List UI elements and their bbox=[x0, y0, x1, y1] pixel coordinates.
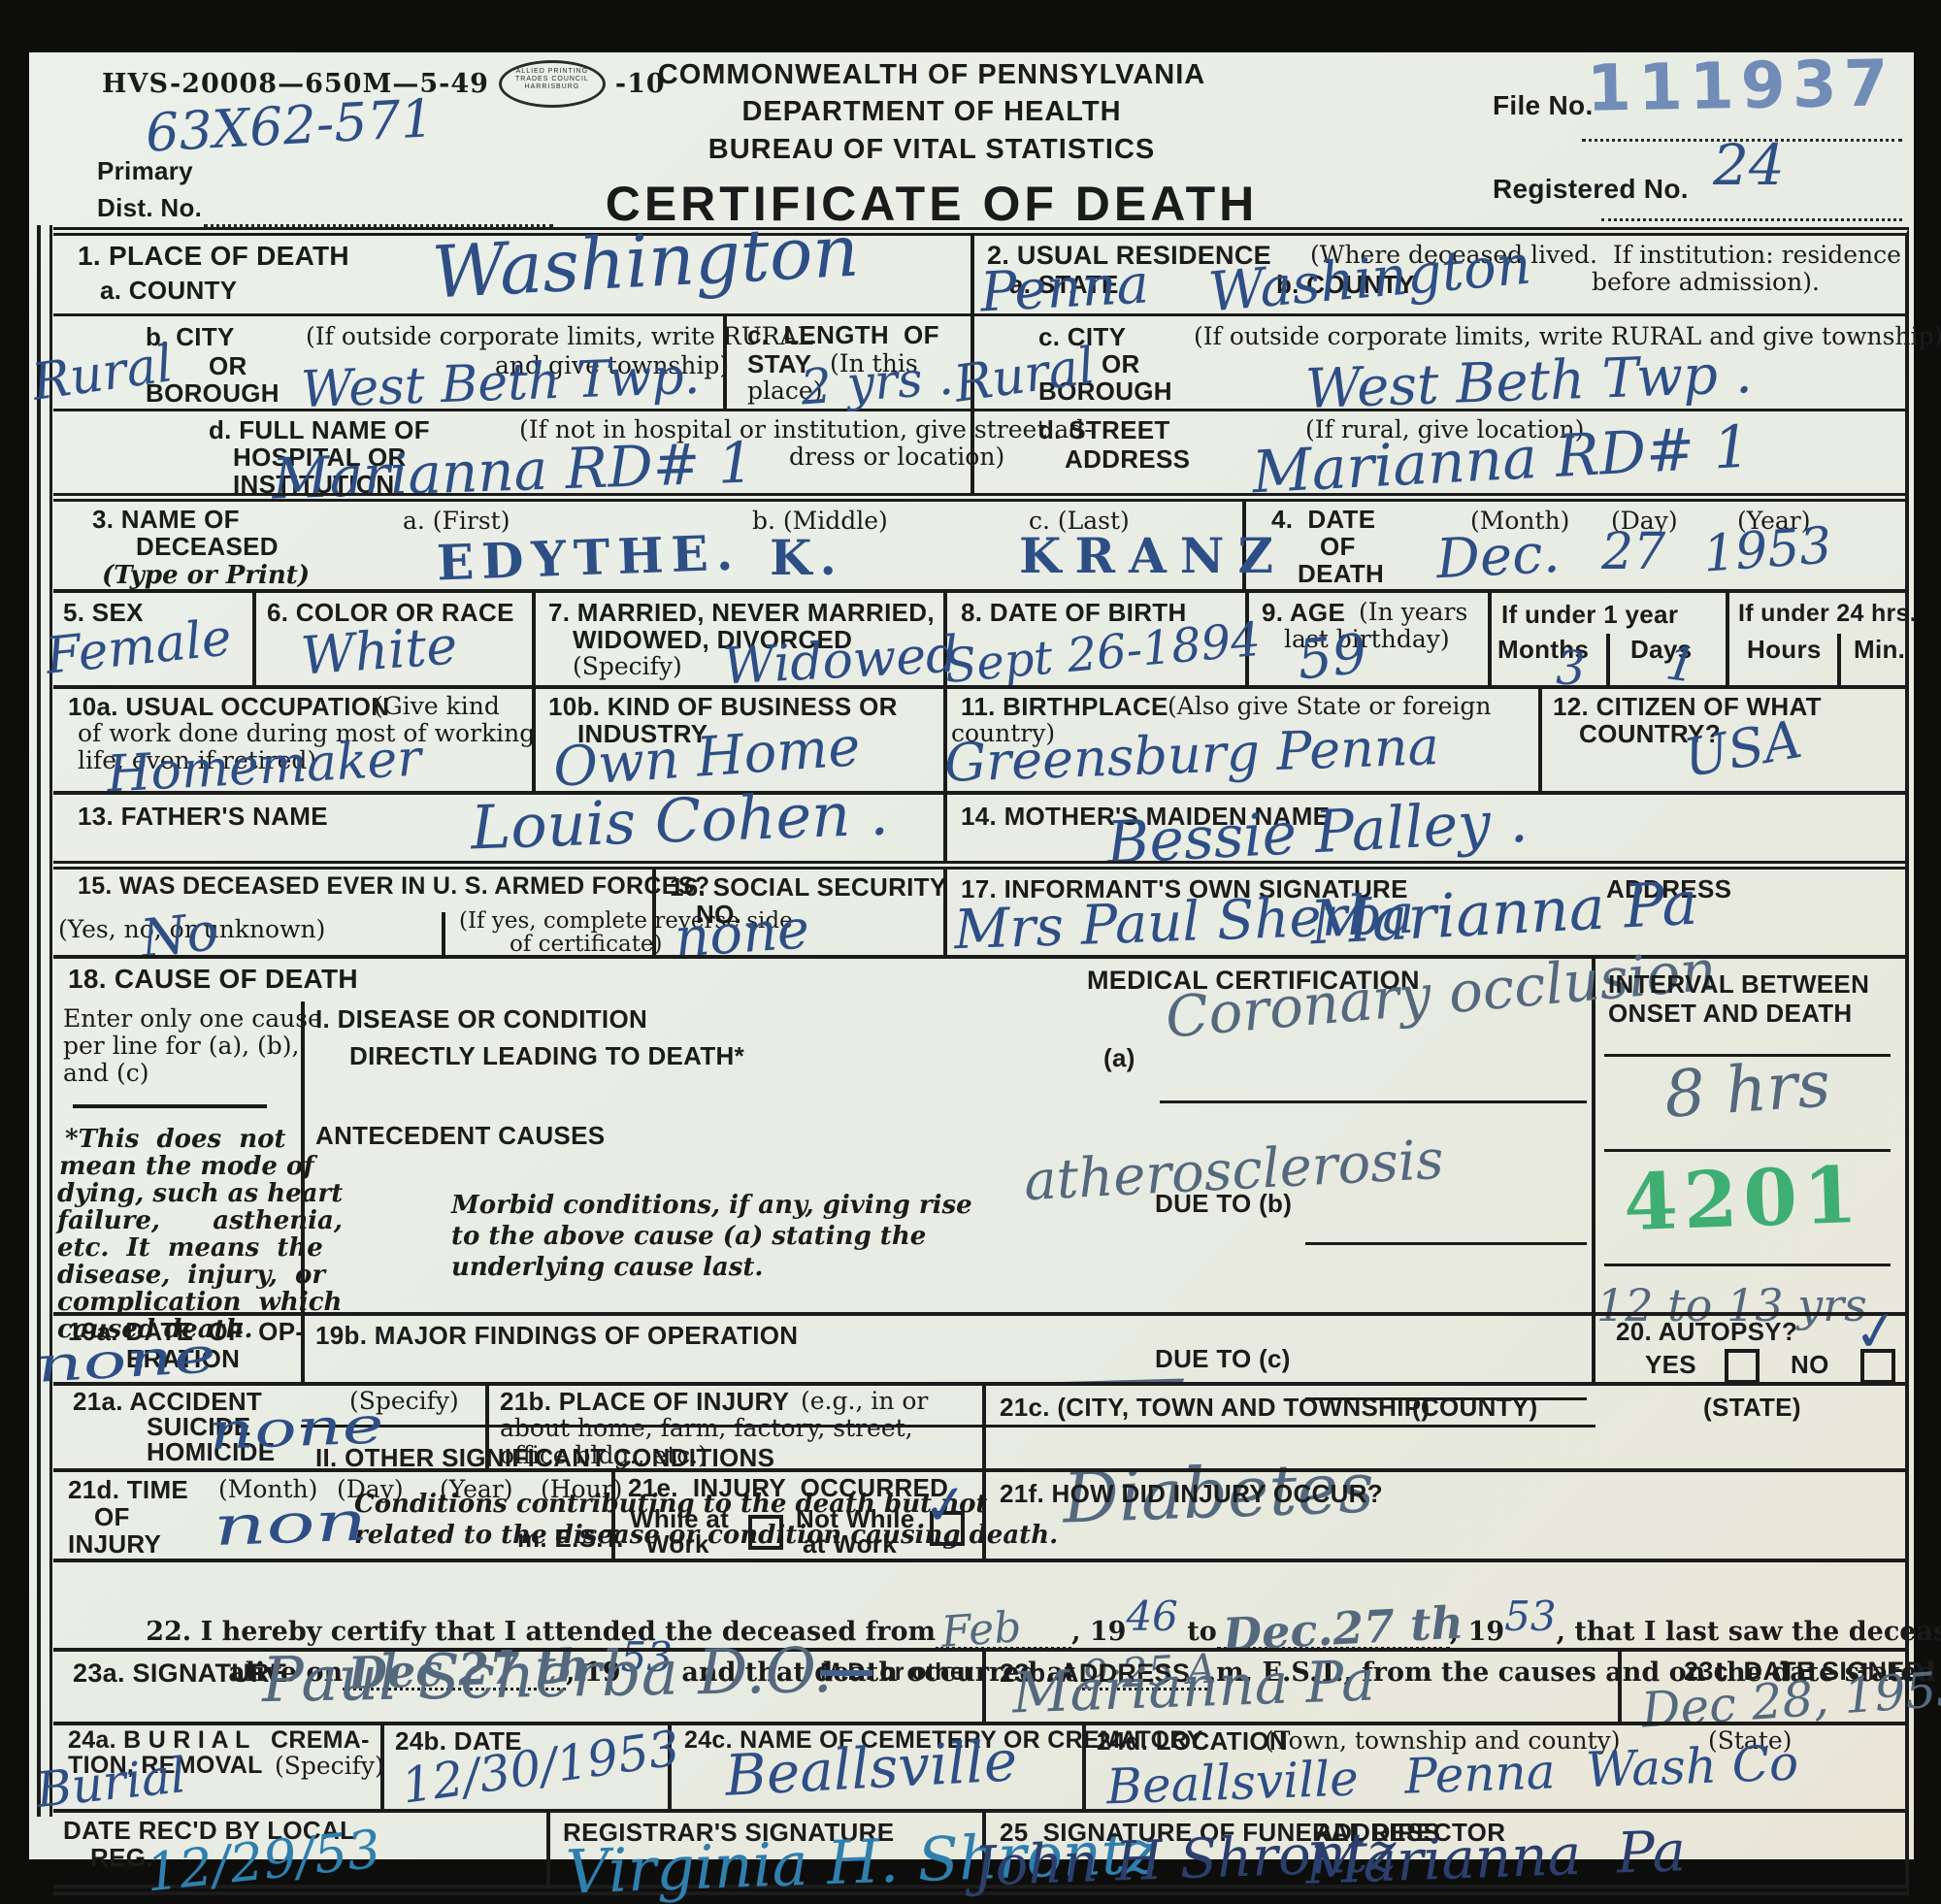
section-armed-forces-ssn-informant: 15. WAS DECEASED EVER IN U. S. ARMED FOR… bbox=[53, 861, 1905, 955]
not-while-at-work-label-2: at Work bbox=[803, 1530, 897, 1559]
section-registrar-funeral-director: DATE REC'D BY LOCAL REG. 12/29/53 REGIST… bbox=[53, 1809, 1905, 1885]
section-time-of-injury: 21d. TIME OF INJURY (Month) (Day) (Year)… bbox=[53, 1468, 1905, 1559]
enter-note-2: per line for (a), (b), bbox=[63, 1033, 300, 1061]
place-of-injury-note-2: office bldg., etc.) bbox=[500, 1442, 707, 1470]
registered-no-value: 24 bbox=[1713, 132, 1785, 198]
hospital-note-2: dress or location) bbox=[789, 443, 1004, 472]
occupation-label: 10a. USUAL OCCUPATION bbox=[68, 693, 389, 721]
section-place-of-death-and-residence: 1. PLACE OF DEATH a. COUNTY Washington b… bbox=[53, 236, 1905, 493]
signature-label: 23a. SIGNATURE bbox=[73, 1659, 287, 1689]
time-of-injury-label-1: 21d. TIME bbox=[68, 1476, 188, 1504]
place-of-injury-note-a: (e.g., in or bbox=[801, 1388, 928, 1416]
registered-no-label: Registered No. bbox=[1493, 175, 1689, 205]
name-title-2: DECEASED bbox=[136, 533, 279, 561]
autopsy-label: 20. AUTOPSY? bbox=[1616, 1318, 1797, 1346]
date-of-death-label-3: DEATH bbox=[1298, 560, 1384, 588]
injury-city-label: 21c. (CITY, TOWN AND TOWNSHIP) bbox=[1000, 1394, 1430, 1422]
injury-occurred-label: 21e. INJURY OCCURRED bbox=[628, 1474, 948, 1502]
date-of-death-label-1: 4. DATE bbox=[1271, 506, 1375, 534]
residence-state-value: Penna bbox=[978, 252, 1150, 324]
occupation-note-a: (Give kind bbox=[374, 693, 500, 721]
city-borough-label-2: OR bbox=[209, 352, 247, 380]
usual-residence-note-2: before admission). bbox=[1592, 269, 1820, 297]
time-of-injury-value: non bbox=[211, 1491, 370, 1559]
morbid-note-1: Morbid conditions, if any, giving rise bbox=[451, 1190, 972, 1222]
name-title-3: (Type or Print) bbox=[102, 560, 310, 592]
enter-note-1: Enter only one cause bbox=[63, 1005, 322, 1034]
dist-no-label: Dist. No. bbox=[97, 194, 202, 222]
street-address-label-2: ADDRESS bbox=[1065, 445, 1190, 474]
last-name-value: KRANZ bbox=[1019, 527, 1287, 584]
section-name-and-date-of-death: 3. NAME OF DECEASED (Type or Print) a. (… bbox=[53, 493, 1905, 589]
age-value: 59 bbox=[1295, 622, 1370, 692]
injury-state-label: (STATE) bbox=[1703, 1394, 1801, 1422]
injury-year-label: (Year) bbox=[440, 1476, 513, 1504]
section-sex-race-marital-birth-age: 5. SEX Female 6. COLOR OR RACE White 7. … bbox=[53, 589, 1905, 685]
ssn-label-1: 16. SOCIAL SECURITY bbox=[670, 873, 947, 902]
morbid-note-2: to the above cause (a) stating the bbox=[451, 1221, 926, 1253]
first-name-value: EDYTHE. bbox=[436, 524, 741, 592]
funeral-director-address-value: Marianna Pa bbox=[1304, 1818, 1687, 1897]
stamp-4201: 4201 bbox=[1622, 1149, 1864, 1249]
street-address-label-1: d. STREET bbox=[1038, 416, 1170, 444]
place-of-injury-note-1: about home, farm, factory, street, bbox=[500, 1415, 913, 1443]
birthplace-label: 11. BIRTHPLACE bbox=[961, 693, 1168, 721]
file-no-stamp: 111937 bbox=[1586, 46, 1895, 126]
certificate-sheet: HVS-20008—650M—5-49 ALLIED PRINTING TRAD… bbox=[29, 52, 1914, 1859]
section-certify-statement: 22. I hereby certify that I attended the… bbox=[53, 1559, 1905, 1648]
md-label: M.D. bbox=[820, 1658, 872, 1686]
physician-address-value: Marianna Pa bbox=[1011, 1648, 1376, 1726]
armed-forces-note-3: of certificate) bbox=[510, 932, 663, 957]
burial-value: Burial bbox=[33, 1747, 188, 1819]
place-of-death-title: 1. PLACE OF DEATH bbox=[78, 242, 349, 272]
date-of-death-label-2: OF bbox=[1320, 533, 1356, 561]
hours-label: Hours bbox=[1747, 636, 1822, 664]
residence-city-note: (If outside corporate limits, write RURA… bbox=[1194, 323, 1941, 351]
birthplace-note-a: (Also give State or foreign bbox=[1168, 693, 1491, 721]
marital-note: (Specify) bbox=[573, 653, 682, 681]
autopsy-no-checkmark: ✓ bbox=[1850, 1297, 1904, 1366]
autopsy-yes-checkbox bbox=[1725, 1349, 1760, 1384]
fathers-name-label: 13. FATHER'S NAME bbox=[78, 803, 328, 831]
marital-label-1: 7. MARRIED, NEVER MARRIED, bbox=[548, 599, 935, 627]
section-parents-names: 13. FATHER'S NAME Louis Cohen . 14. MOTH… bbox=[53, 791, 1905, 861]
time-of-injury-label-3: INJURY bbox=[68, 1530, 161, 1559]
injury-est-label: m. E.S.T. bbox=[517, 1525, 624, 1553]
md-rest-label: or other bbox=[872, 1658, 973, 1686]
how-did-injury-occur-label: 21f. HOW DID INJURY OCCUR? bbox=[1000, 1480, 1383, 1508]
death-year-value: 1953 bbox=[1701, 516, 1833, 583]
under-1-year-label: If under 1 year bbox=[1501, 601, 1678, 629]
interval-label-1: INTERVAL BETWEEN bbox=[1608, 970, 1869, 999]
interval-label-2: ONSET AND DEATH bbox=[1608, 1000, 1853, 1028]
middle-name-value: K. bbox=[770, 529, 844, 586]
city-note-1: (If outside corporate limits, write RURA… bbox=[306, 323, 813, 351]
accident-value: none bbox=[207, 1396, 386, 1461]
burial-label-1: 24a. B U R I A L CREMA- bbox=[68, 1727, 370, 1755]
length-of-stay-value: 2 yrs . bbox=[799, 349, 955, 416]
death-month-value: Dec. bbox=[1434, 522, 1561, 592]
burial-note: (Specify) bbox=[275, 1753, 384, 1781]
age-note-1: (In years bbox=[1359, 599, 1467, 627]
morbid-note-3: underlying cause last. bbox=[451, 1252, 763, 1284]
color-race-value: White bbox=[299, 614, 459, 686]
physician-signature-value: Paul Scherba D.O. bbox=[261, 1635, 833, 1717]
time-of-injury-label-2: OF bbox=[94, 1503, 130, 1531]
name-title-1: 3. NAME OF bbox=[92, 506, 240, 534]
disease-condition-label-1: I. DISEASE OR CONDITION bbox=[315, 1005, 647, 1034]
section-cause-of-death: 18. CAUSE OF DEATH MEDICAL CERTIFICATION… bbox=[53, 955, 1905, 1312]
certificate-form: 1. PLACE OF DEATH a. COUNTY Washington b… bbox=[53, 227, 1909, 1895]
length-of-stay-label-1: c. LENGTH OF bbox=[747, 321, 939, 349]
min-label: Min. bbox=[1854, 636, 1905, 664]
place-of-injury-label: 21b. PLACE OF INJURY bbox=[500, 1388, 789, 1416]
org-line-1: COMMONWEALTH OF PENNSYLVANIA bbox=[573, 56, 1291, 93]
injury-hour-label: (Hour) bbox=[541, 1476, 622, 1504]
not-while-at-work-checkmark: ✓ bbox=[920, 1472, 971, 1540]
autopsy-no-label: NO bbox=[1791, 1351, 1829, 1379]
registered-no-line bbox=[1601, 217, 1902, 221]
section-accident-place-of-injury: 21a. ACCIDENT SUICIDE HOMICIDE (Specify)… bbox=[53, 1382, 1905, 1468]
org-line-3: BUREAU OF VITAL STATISTICS bbox=[573, 131, 1291, 168]
section-physician-signature: 23a. SIGNATURE Paul Scherba D.O. M.D. or… bbox=[53, 1648, 1905, 1722]
enter-note-3: and (c) bbox=[63, 1060, 148, 1088]
county-label: a. COUNTY bbox=[100, 277, 237, 305]
org-line-2: DEPARTMENT OF HEALTH bbox=[573, 93, 1291, 130]
major-findings-label: 19b. MAJOR FINDINGS OF OPERATION bbox=[315, 1322, 798, 1350]
section-burial: 24a. B U R I A L CREMA- TION, REMOVAL (S… bbox=[53, 1722, 1905, 1809]
file-no-label: File No. bbox=[1493, 91, 1594, 121]
fathers-name-value: Louis Cohen . bbox=[470, 778, 890, 864]
death-day-value: 27 bbox=[1601, 523, 1665, 581]
section-operation-autopsy: 19a. DATE OF OP- ERATION none 19b. MAJOR… bbox=[53, 1312, 1905, 1382]
cause-of-death-title: 18. CAUSE OF DEATH bbox=[68, 965, 358, 995]
burial-location-label: 24d. LOCATION bbox=[1097, 1727, 1288, 1756]
hospital-label-1: d. FULL NAME OF bbox=[209, 416, 430, 444]
age-label: 9. AGE bbox=[1262, 599, 1345, 627]
injury-county-label: (COUNTY) bbox=[1412, 1394, 1538, 1422]
under-24-hrs-label: If under 24 hrs. bbox=[1738, 601, 1917, 628]
cemetery-value: Beallsville bbox=[723, 1727, 1018, 1809]
cause-b-value: atherosclerosis bbox=[1023, 1129, 1445, 1214]
header-org: COMMONWEALTH OF PENNSYLVANIA DEPARTMENT … bbox=[573, 56, 1291, 232]
interval-a-value: 8 hrs bbox=[1662, 1046, 1833, 1133]
while-at-work-checkbox bbox=[748, 1515, 783, 1550]
md-or-other-label: M.D. or other bbox=[820, 1659, 973, 1687]
residence-city-label-2: OR bbox=[1102, 350, 1140, 378]
antecedent-causes-label: ANTECEDENT CAUSES bbox=[315, 1122, 605, 1150]
cause-a-tag: (a) bbox=[1103, 1044, 1135, 1072]
section-occupation-birthplace-citizen: 10a. USUAL OCCUPATION (Give kind of work… bbox=[53, 685, 1905, 791]
while-at-work-label-2: Work bbox=[645, 1530, 709, 1559]
armed-forces-label: 15. WAS DECEASED EVER IN U. S. ARMED FOR… bbox=[78, 873, 709, 901]
autopsy-yes-label: YES bbox=[1645, 1351, 1696, 1379]
disease-condition-label-2: DIRECTLY LEADING TO DEATH* bbox=[349, 1042, 744, 1070]
